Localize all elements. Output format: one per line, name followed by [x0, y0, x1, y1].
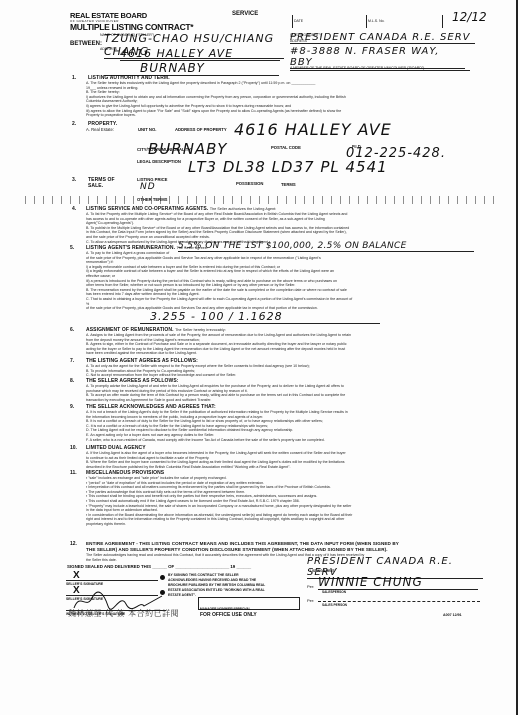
legal-description-field[interactable]: LT3 DL38 LD37 PL 4541	[188, 158, 388, 176]
listing-agent-field[interactable]: PRESIDENT CANADA R.E. SERV	[290, 32, 475, 44]
perforation-marks	[25, 196, 495, 204]
signed-sealed-line: SIGNED SEALED AND DELIVERED THIS ______ …	[67, 564, 251, 569]
terms-label: TERMS	[281, 182, 296, 187]
clause-line: described in the Brochure published by t…	[86, 465, 486, 470]
per-label-1: Per:	[307, 584, 314, 589]
mls-box-end	[442, 15, 443, 28]
section-7-body: A. To act only as the agent for the Sell…	[86, 364, 486, 378]
mls-box-divider	[366, 15, 367, 28]
listing-price-field[interactable]: ND	[140, 182, 156, 192]
unit-no-label: UNIT NO.	[138, 127, 156, 132]
chinese-handwritten-note: 魏林蕙瑩 代 簽 本合約已詳閱	[68, 608, 179, 619]
section-4-number: 4.	[72, 206, 76, 212]
section-9-body: A. It is not a breach of the Listing Age…	[86, 410, 486, 442]
per-label-2: Per:	[307, 598, 314, 603]
cooperating-commission-field[interactable]: 3.255 - 100 / 1.1628	[140, 310, 380, 324]
clause-line: have been credited against the remunerat…	[86, 351, 486, 356]
date-label: DATE	[294, 19, 303, 23]
section-5-body: A. To pay to the Listing Agent a gross c…	[86, 251, 486, 311]
seller-signature-line-1[interactable]	[66, 580, 158, 581]
section-4-body: A. To list the Property with the Multipl…	[86, 212, 486, 244]
document-title: MULTIPLE LISTING CONTRACT*	[70, 22, 193, 32]
board-member-note: A MEMBER OF THE REAL ESTATE BOARD OF GRE…	[290, 66, 470, 71]
section-10-body: A. If the Listing Agent is also the agen…	[86, 451, 486, 469]
clause-line: F. A seller, who is a non-resident of Ca…	[86, 438, 486, 443]
section-12-number: 12.	[70, 541, 77, 547]
form-code: A007 12/91	[443, 613, 462, 617]
mls-label: M.L.S. No.	[368, 19, 385, 23]
section-12-title-1: ENTIRE AGREEMENT - THIS LISTING CONTRACT…	[86, 541, 399, 546]
legal-description-label: LEGAL DESCRIPTION	[137, 159, 181, 164]
clause-line: proprietary rights therein.	[86, 522, 486, 527]
other-terms-label: OTHER TERMS	[137, 197, 167, 202]
salesperson-label: SALESPERSON	[322, 590, 346, 594]
section-8-body: A. To promptly advise the Listing Agent …	[86, 384, 486, 402]
salesperson-2-line[interactable]	[318, 601, 480, 602]
section-8-number: 8.	[70, 378, 74, 384]
section-6-body: A. Assigns to the Listing Agent from the…	[86, 333, 486, 356]
seller-address-field-1[interactable]: 4616 HALLEY AVE	[120, 47, 280, 61]
brochure-acknowledgement: BY SIGNING THIS CONTRACT THE SELLER ACKN…	[168, 573, 268, 598]
salesperson-signature-field[interactable]: WINNIE CHUNG	[318, 575, 478, 590]
section-6-number: 6.	[70, 327, 74, 333]
clause-line: Property to prospective buyers.	[86, 113, 486, 118]
section-9-number: 9.	[70, 404, 74, 410]
section-3-number: 3.	[72, 177, 76, 183]
city-field[interactable]: BURNABY	[148, 140, 227, 158]
date-box-divider	[292, 15, 293, 28]
section-3-title: TERMS OF SALE.	[88, 177, 116, 189]
postal-code-label: POSTAL CODE	[271, 145, 301, 150]
clause-line: transaction by executing an Agreement fo…	[86, 398, 486, 403]
section-10-number: 10.	[70, 445, 77, 451]
section-6-title-tail: The Seller hereby irrevocably:	[175, 328, 226, 332]
section-12-title-2: THE SELLER) AND SELLER'S PROPERTY CONDIT…	[86, 547, 388, 552]
document-page: REAL ESTATE BOARD OF GREATER VANCOUVER M…	[0, 0, 520, 715]
property-address-field[interactable]: 4616 HALLEY AVE	[234, 120, 392, 139]
seller-address-field-2[interactable]: BURNABY	[104, 61, 279, 76]
seller-signature-label-1: SELLER'S SIGNATURE	[66, 582, 103, 586]
office-use-label: FOR OFFICE USE ONLY	[200, 612, 257, 618]
scan-edge	[516, 0, 518, 715]
listing-agent-sig-label: LISTING AGENT	[310, 569, 335, 573]
possession-label: POSSESSION	[236, 181, 263, 186]
bullet-icon	[160, 575, 165, 580]
between-label: BETWEEN:	[70, 41, 102, 47]
section-1-body: A. The Seller hereby lists exclusively w…	[86, 81, 486, 118]
section-11-number: 11.	[70, 470, 77, 476]
property-address-label: ADDRESS OF PROPERTY	[175, 127, 227, 132]
service-label: SERVICE	[232, 11, 258, 17]
section-5-number: 5.	[70, 245, 74, 251]
section-2-number: 2.	[72, 121, 76, 127]
section-11-body: ▪ "sale" includes an exchange and "sale …	[86, 476, 486, 527]
bullet-icon	[160, 590, 165, 595]
real-estate-label: A. Real Estate:	[86, 127, 114, 132]
salesperson-2-label: SALES PERSON	[322, 603, 347, 607]
section-7-number: 7.	[70, 358, 74, 364]
manager-approval-label: MANAGER NOMINEE/APPROVAL	[200, 607, 251, 611]
section-1-number: 1.	[72, 75, 76, 81]
page-number-mark: 12/12	[452, 10, 487, 24]
section-4-title-tail: The Seller authorizes the Listing Agent:	[210, 207, 277, 211]
